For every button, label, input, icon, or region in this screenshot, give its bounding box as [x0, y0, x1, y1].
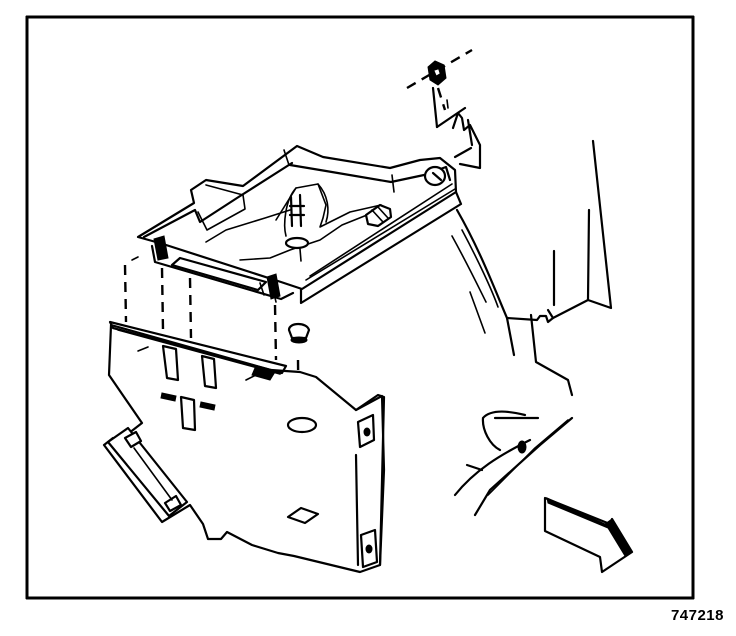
figure-number: 747218: [671, 607, 724, 624]
bolt-with-washer: [289, 324, 309, 343]
vehicle-fender-structure: [452, 141, 611, 515]
front-direction-arrow: [545, 498, 632, 572]
retaining-clip: [433, 88, 480, 168]
exploded-view-diagram: [0, 0, 736, 636]
tray-support-bracket: [104, 322, 384, 572]
nut-upper-right: [407, 50, 472, 88]
battery-tray: [132, 146, 461, 303]
